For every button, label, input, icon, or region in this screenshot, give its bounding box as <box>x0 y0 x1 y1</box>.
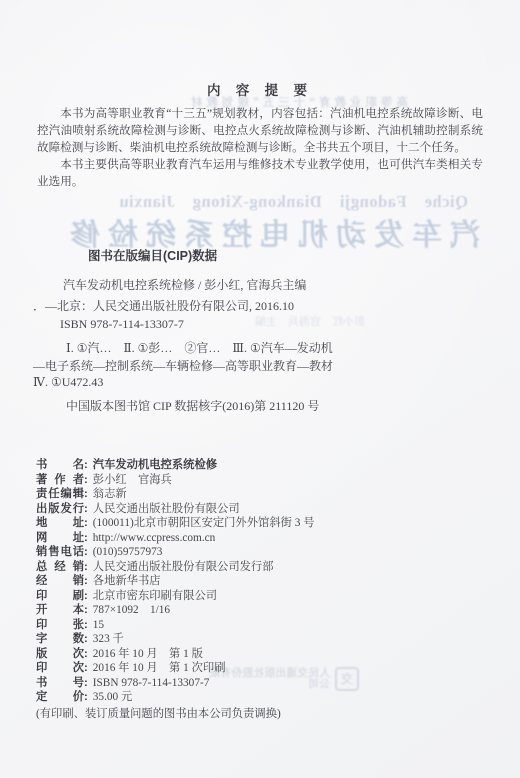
colophon-row-label: 字数 <box>36 632 84 647</box>
colophon-row-colon: : <box>84 532 88 544</box>
colophon-row: 经销:各地新华书店 <box>36 574 488 589</box>
colophon-row-colon: : <box>84 604 88 616</box>
cip-header: 图书在版编目(CIP)数据 <box>88 246 217 264</box>
colophon-row-colon: : <box>84 662 88 674</box>
colophon-row-label: 版次 <box>36 647 84 662</box>
colophon-row: 著作者:彭小红 官海兵 <box>36 473 488 488</box>
colophon-row-label: 印张 <box>36 618 84 633</box>
colophon-row-label: 责任编辑 <box>36 487 84 502</box>
cip-title-statement: 汽车发动机电控系统检修 / 彭小红, 官海兵主编 <box>63 276 306 293</box>
colophon-row-colon: : <box>84 503 88 515</box>
colophon-row-colon: : <box>84 619 88 631</box>
colophon-row-value: (010)59757973 <box>93 546 163 558</box>
colophon-row-value: 35.00 元 <box>93 691 133 703</box>
colophon-row-value: 各地新华书店 <box>93 575 161 587</box>
colophon-row-value: 2016 年 10 月 第 1 版 <box>93 648 203 660</box>
colophon-row-colon: : <box>84 561 88 573</box>
colophon-row-label: 印次 <box>36 661 84 676</box>
colophon-row: 字数:323 千 <box>36 632 488 647</box>
colophon-row: 书号:ISBN 978-7-114-13307-7 <box>36 676 488 691</box>
colophon-row: 地址:(100011)北京市朝阳区安定门外外馆斜街 3 号 <box>36 516 488 531</box>
colophon-row-label: 印刷 <box>36 589 84 604</box>
binding-quality-note: (有印刷、装订质量问题的图书由本公司负责调换) <box>36 705 281 721</box>
colophon-row-value: 人民交通出版社股份有限公司发行部 <box>93 561 274 573</box>
colophon-row-colon: : <box>84 546 88 558</box>
colophon-row-value: 787×1092 1/16 <box>93 604 170 616</box>
colophon-row-colon: : <box>84 517 88 529</box>
colophon-row: 版次:2016 年 10 月 第 1 版 <box>36 647 488 662</box>
colophon-row-label: 著作者 <box>36 473 84 488</box>
colophon-row-label: 定价 <box>36 690 84 705</box>
colophon-row-colon: : <box>84 691 88 703</box>
content-summary-paragraph-1: 本书为高等职业教育“十三五”规划教材，内容包括：汽油机电控系统故障诊断、电控汽油… <box>37 105 483 156</box>
cip-classification-line-1: Ⅰ. ①汽… Ⅱ. ①彭… ②官… Ⅲ. ①汽车—发动机 <box>66 339 333 356</box>
colophon-row-colon: : <box>84 633 88 645</box>
colophon-row-label: 地址 <box>36 516 84 531</box>
colophon-row: 定价:35.00 元 <box>36 690 488 705</box>
colophon-row-value: 323 千 <box>93 633 124 645</box>
colophon-row: 销售电话:(010)59757973 <box>36 545 488 560</box>
book-copyright-page: 内 容 提 要 本书为高等职业教育“十三五”规划教材，内容包括：汽油机电控系统故… <box>0 0 520 778</box>
colophon-row: 开本:787×1092 1/16 <box>36 603 488 618</box>
colophon-row-value: 北京市密东印刷有限公司 <box>93 590 217 602</box>
cip-classification-line-3: Ⅳ. ①U472.43 <box>33 375 103 390</box>
cip-registry-number: 中国版本图书馆 CIP 数据核字(2016)第 211120 号 <box>66 397 319 414</box>
colophon-row-colon: : <box>84 459 88 471</box>
cip-isbn: ISBN 978-7-114-13307-7 <box>60 317 184 332</box>
colophon-row-label: 书号 <box>36 676 84 691</box>
colophon-row-value: http://www.ccpress.com.cn <box>93 532 216 544</box>
colophon-row-value: 15 <box>93 619 104 631</box>
colophon-row-colon: : <box>84 575 88 587</box>
colophon-row-label: 总经销 <box>36 560 84 575</box>
colophon-row-label: 书名 <box>36 458 84 473</box>
colophon-row-colon: : <box>84 677 88 689</box>
colophon-row: 书名:汽车发动机电控系统检修 <box>36 458 488 473</box>
colophon-row-value: ISBN 978-7-114-13307-7 <box>93 677 210 689</box>
colophon-row-label: 出版发行 <box>36 502 84 517</box>
content-summary-paragraph-2: 本书主要供高等职业教育汽车运用与维修技术专业教学使用，也可供汽车类相关专业选用。 <box>37 156 483 190</box>
content-summary-title: 内 容 提 要 <box>0 79 520 99</box>
colophon-row-value: 彭小红 官海兵 <box>93 474 172 486</box>
colophon-row: 出版发行:人民交通出版社股份有限公司 <box>36 502 488 517</box>
colophon-row-colon: : <box>84 474 88 486</box>
colophon-row: 网址:http://www.ccpress.com.cn <box>36 531 488 546</box>
colophon-row-value: (100011)北京市朝阳区安定门外外馆斜街 3 号 <box>93 517 315 529</box>
cip-publication-statement: ．—北京：人民交通出版社股份有限公司, 2016.10 <box>33 297 294 314</box>
colophon-row-label: 经销 <box>36 574 84 589</box>
colophon-row-value: 汽车发动机电控系统检修 <box>93 459 217 471</box>
colophon-row: 印张:15 <box>36 618 488 633</box>
colophon-row: 总经销:人民交通出版社股份有限公司发行部 <box>36 560 488 575</box>
colophon-row: 责任编辑:翁志新 <box>36 487 488 502</box>
colophon-row-label: 销售电话 <box>36 545 84 560</box>
colophon-row: 印刷:北京市密东印刷有限公司 <box>36 589 488 604</box>
colophon-row-colon: : <box>84 590 88 602</box>
colophon: 书名:汽车发动机电控系统检修 著作者:彭小红 官海兵 责任编辑:翁志新 出版发行… <box>36 458 488 705</box>
colophon-row-value: 翁志新 <box>93 488 127 500</box>
cip-classification-line-2: —电子系统—控制系统—车辆检修—高等职业教育—教材 <box>33 357 333 374</box>
colophon-row-label: 网址 <box>36 531 84 546</box>
content-summary-body: 本书为高等职业教育“十三五”规划教材，内容包括：汽油机电控系统故障诊断、电控汽油… <box>37 105 483 190</box>
colophon-row-colon: : <box>84 648 88 660</box>
colophon-row-label: 开本 <box>36 603 84 618</box>
colophon-row-value: 人民交通出版社股份有限公司 <box>93 503 240 515</box>
colophon-row-colon: : <box>84 488 88 500</box>
bleedthrough-authors: 彭小红 官海兵 主编 <box>233 313 365 329</box>
colophon-row-value: 2016 年 10 月 第 1 次印刷 <box>93 662 226 674</box>
bleedthrough-pinyin-title: Qiche Fadongji Diankong-Xitong Jianxiu <box>52 192 468 212</box>
colophon-row: 印次:2016 年 10 月 第 1 次印刷 <box>36 661 488 676</box>
